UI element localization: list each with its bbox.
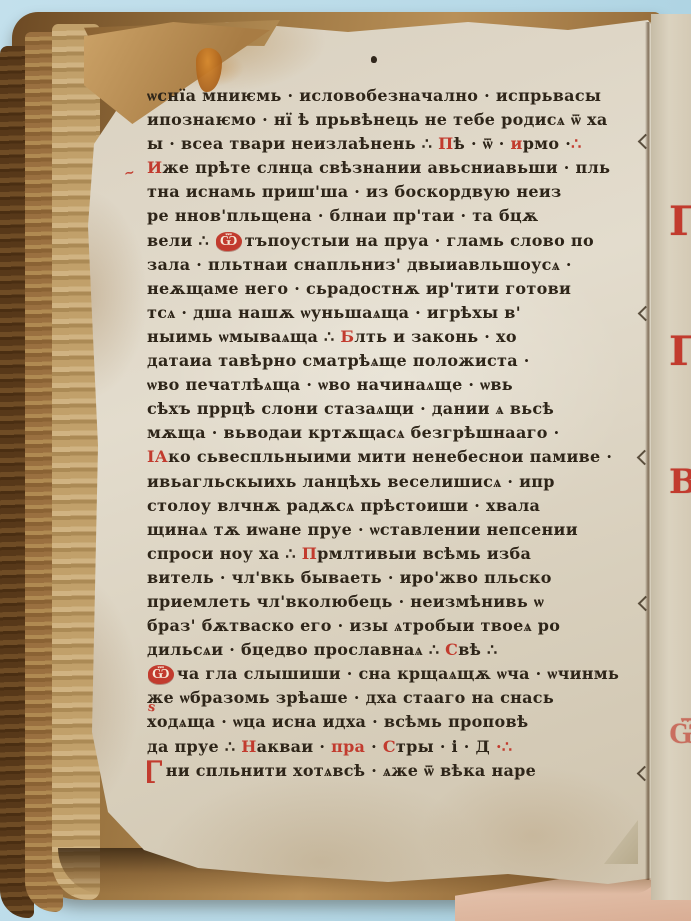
text-line: витель · чл'вкь бываеть · иро'жво пльско	[147, 566, 647, 590]
text-segment: ни спльнити хотѧвсѣ · ѧже ѿ вѣка наре	[166, 761, 536, 780]
text-segment: ивьагльскыихь ланцѣхь веселишисѧ · ипр	[147, 472, 555, 491]
text-segment: ходѧща · ѡца исна идха · всѣмь проповѣ	[147, 712, 529, 731]
text-line: ѡснїа мниѥмь · исловобезначално · испрьв…	[147, 84, 647, 108]
text-segment: мѫща · вьводаи кртѫщасѧ безгрѣшнааго ·	[147, 423, 559, 442]
text-segment: ре ннов'пльщена · блнаи пр'таи · та бцѫ	[147, 206, 539, 225]
text-line: датаиа тавѣрно сматрѣѧще положиста ·	[147, 349, 647, 373]
rubric-segment: и	[511, 134, 523, 153]
text-line: браз' бѫтваско его · изы ѧтробыи твоеѧ р…	[147, 614, 647, 638]
text-line: зала · пльтнаи снапльниз' двыиавльшоусѧ …	[147, 253, 647, 277]
text-segment: тры · і · Д	[396, 737, 496, 756]
facing-page-initial: Г	[669, 332, 691, 372]
text-line: ивьагльскыихь ланцѣхь веселишисѧ · ипр	[147, 470, 647, 494]
text-segment: зала · пльтнаи снапльниз' двыиавльшоусѧ …	[147, 255, 572, 274]
text-segment: приемлеть чл'вколюбець · неизмѣнивь ѡ	[147, 592, 544, 611]
text-line: ныимь ѡмываѧща ∴ Блть и законь · хо	[147, 325, 647, 349]
text-segment: щинаѧ тѫ иѡане пруе · ѡставлении непсени…	[147, 520, 578, 539]
rubric-segment: ·∴	[496, 737, 512, 756]
rubric-segment: П	[302, 544, 317, 563]
text-line: спроси ноу ха ∴ Прмлтивыи всѣмь изба	[147, 542, 647, 566]
text-segment: ча гла слышиши · сна крщаѧщѫ ѡча · ѡчинм…	[177, 664, 619, 683]
text-line: тна иснамь приш'ша · из боскордвую неиз	[147, 180, 647, 204]
text-line: ы · всеа твари неизлаѣнень ∴ Пѣ · ѿ · ир…	[147, 132, 647, 156]
rubric-segment: Ѿ	[148, 665, 174, 684]
rubric-segment: пра	[331, 737, 365, 756]
text-line: Иже прѣте слнца свѣзнании авьсниавьши · …	[147, 156, 647, 180]
text-segment: спроси ноу ха ∴	[147, 544, 302, 563]
text-line: Гни спльнити хотѧвсѣ · ѧже ѿ вѣка наре	[147, 759, 647, 783]
text-segment: ѣ · ѿ ·	[454, 134, 511, 153]
rubric-segment: Ѿ	[216, 232, 242, 251]
ink-speck	[371, 56, 377, 63]
rubric-segment: С	[383, 737, 396, 756]
text-line: ре ннов'пльщена · блнаи пр'таи · та бцѫ	[147, 204, 647, 228]
manuscript-text: ѡснїа мниѥмь · исловобезначално · испрьв…	[147, 84, 647, 796]
text-line: же ѡбразомь зрѣаше · дха стааго на снась	[147, 686, 647, 710]
text-segment: браз' бѫтваско его · изы ѧтробыи твоеѧ р…	[147, 616, 560, 635]
text-segment: лть и законь · хо	[354, 327, 516, 346]
text-line: ІАко сьвеспльныими мити ненебеснои памив…	[147, 445, 647, 469]
text-line: ходѧща · ѡца исна идха · всѣмь проповѣ	[147, 710, 647, 734]
text-segment: столоу влчнѫ радѫсѧ прѣстоиши · хвала	[147, 496, 540, 515]
text-segment: ѡснїа мниѥмь · исловобезначално · испрьв…	[147, 86, 601, 105]
text-segment: вѣ ∴	[458, 640, 497, 659]
facing-page-initial: Г	[669, 202, 691, 242]
facing-page-initial: Ѿ	[669, 714, 691, 754]
fore-edge-light	[52, 24, 100, 900]
facing-page-initial: В	[669, 462, 691, 502]
text-line: приемлеть чл'вколюбець · неизмѣнивь ѡ	[147, 590, 647, 614]
text-segment: вели ∴	[147, 231, 215, 250]
text-line: вели ∴ Ѿтъпоустыи на пруа · гламь слово …	[147, 229, 647, 253]
text-segment: ныимь ѡмываѧща ∴	[147, 327, 340, 346]
manuscript-photo: ГГВѾ ѡснїа мниѥмь · исловобезначално · и…	[0, 0, 691, 921]
text-segment: акваи ·	[257, 737, 331, 756]
text-segment: неѫщаме него · сьрадостнѫ ир'тити готови	[147, 279, 571, 298]
text-line: щинаѧ тѫ иѡане пруе · ѡставлении непсени…	[147, 518, 647, 542]
text-segment: же прѣте слнца свѣзнании авьсниавьши · п…	[162, 158, 610, 177]
text-line: мѫща · вьводаи кртѫщасѧ безгрѣшнааго ·	[147, 421, 647, 445]
text-segment: ·	[365, 737, 383, 756]
text-segment: датаиа тавѣрно сматрѣѧще положиста ·	[147, 351, 530, 370]
text-segment: дильсѧи · бцедво прославнаѧ ∴	[147, 640, 445, 659]
rubric-segment: ∴	[571, 134, 581, 153]
text-line: тсѧ · дша нашѫ ѡуньшаѧща · игрѣхы в'	[147, 301, 647, 325]
text-segment: сѣхъ пррцѣ слони стазаѧщи · дании ѧ вьсѣ	[147, 399, 554, 418]
text-segment: ы · всеа твари неизлаѣнень ∴	[147, 134, 438, 153]
text-segment: рмлтивыи всѣмь изба	[317, 544, 531, 563]
facing-page-sliver: ГГВѾ	[651, 14, 691, 900]
text-line: столоу влчнѫ радѫсѧ прѣстоиши · хвала	[147, 494, 647, 518]
rubric-segment: И	[147, 158, 162, 177]
text-line: сѣхъ пррцѣ слони стазаѧщи · дании ѧ вьсѣ	[147, 397, 647, 421]
text-segment: тсѧ · дша нашѫ ѡуньшаѧща · игрѣхы в'	[147, 303, 521, 322]
text-line: дильсѧи · бцедво прославнаѧ ∴ Свѣ ∴	[147, 638, 647, 662]
text-line: да пруе ∴ Накваи · пра · Стры · і · Д ·∴	[147, 735, 647, 759]
text-line: ипознаѥмо · нї ѣ прьвѣнець не тебе родис…	[147, 108, 647, 132]
rubric-segment: П	[438, 134, 453, 153]
text-segment: ко сьвеспльныими мити ненебеснои памиве …	[168, 447, 612, 466]
rubric-segment: С	[445, 640, 458, 659]
text-segment: тна иснамь приш'ша · из боскордвую неиз	[147, 182, 562, 201]
text-segment: ѡво печатлѣѧща · ѡво начинаѧще · ѡвь	[147, 375, 513, 394]
rubric-segment: Н	[241, 737, 256, 756]
text-segment: тъпоустыи на пруа · гламь слово по	[245, 231, 594, 250]
text-segment: ипознаѥмо · нї ѣ прьвѣнець не тебе родис…	[147, 110, 608, 129]
rubric-segment: Б	[340, 327, 354, 346]
text-segment: же ѡбразомь зрѣаше · дха стааго на снась	[147, 688, 554, 707]
text-line: неѫщаме него · сьрадостнѫ ир'тити готови	[147, 277, 647, 301]
text-line: ѡво печатлѣѧща · ѡво начинаѧще · ѡвь	[147, 373, 647, 397]
text-segment: рмо ·	[523, 134, 571, 153]
rubric-segment: Г	[147, 755, 163, 791]
text-line: Ѿча гла слышиши · сна крщаѧщѫ ѡча · ѡчин…	[147, 662, 647, 686]
text-segment: да пруе ∴	[147, 737, 241, 756]
rubric-segment: ІА	[147, 447, 168, 466]
text-segment: витель · чл'вкь бываеть · иро'жво пльско	[147, 568, 552, 587]
